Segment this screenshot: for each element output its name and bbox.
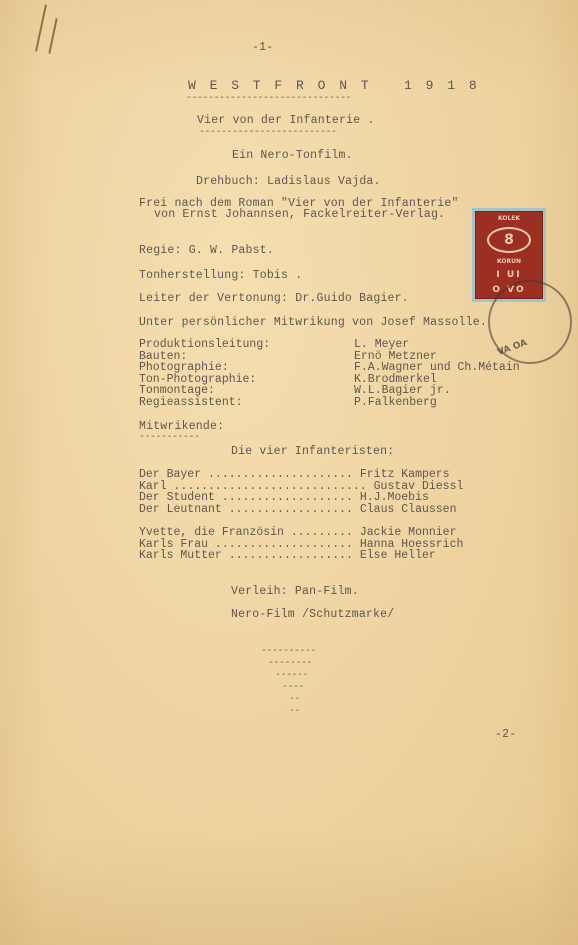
title-underline: ------------------------------ — [186, 93, 351, 105]
crew-name: P.Falkenberg — [354, 397, 520, 409]
cast-actor: Else Heller — [360, 549, 436, 562]
infantry-heading: Die vier Infanteristen: — [231, 446, 394, 458]
crew-name: W.L.Bagier jr. — [354, 385, 520, 397]
end-mark: ------ — [275, 670, 308, 682]
document-title: W E S T F R O N T 1 9 1 8 — [188, 80, 480, 92]
end-mark: -- — [289, 694, 300, 706]
collaboration-credit: Unter persönlicher Mitwrikung von Josef … — [139, 317, 487, 329]
cast-label-underline: ----------- — [139, 432, 200, 444]
sound-credit: Tonherstellung: Tobis . — [139, 270, 302, 282]
director-credit: Regie: G. W. Pabst. — [139, 245, 274, 257]
stamp-bottom-text: I UI — [496, 270, 521, 280]
page-number-top: -1- — [252, 42, 273, 54]
page-number-next: -2- — [495, 729, 516, 741]
stamp-value-oval: 8 — [487, 227, 531, 253]
cast-row: Karls Mutter .................. Else Hel… — [139, 550, 463, 562]
screenplay-line: Drehbuch: Ladislaus Vajda. — [196, 176, 381, 188]
cast-role: Der Leutnant — [139, 503, 222, 516]
stamp-mid-text: KORUN — [497, 258, 521, 265]
distribution-line: Verleih: Pan-Film. — [231, 586, 359, 598]
source-line-2: von Ernst Johannsen, Fackelreiter-Verlag… — [154, 209, 445, 221]
end-mark: -------- — [268, 658, 312, 670]
staple-mark — [48, 18, 57, 54]
crew-role: Tonmontage: — [139, 385, 270, 397]
end-mark: ---- — [282, 682, 304, 694]
cast-actor: Claus Claussen — [360, 503, 457, 516]
subtitle: Vier von der Infanterie . — [197, 115, 375, 127]
end-mark: ---------- — [261, 646, 316, 658]
cast-role: Karls Mutter — [139, 549, 222, 562]
subtitle-underline: ------------------------- — [199, 127, 337, 139]
stamp-value: 8 — [504, 232, 514, 248]
crew-role: Produktionsleitung: — [139, 339, 270, 351]
end-mark: -- — [289, 706, 300, 718]
production-line: Ein Nero-Tonfilm. — [232, 150, 353, 162]
cast-row: Der Leutnant .................. Claus Cl… — [139, 504, 463, 516]
crew-names: L. Meyer Ernö Metzner F.A.Wagner und Ch.… — [354, 339, 520, 408]
trademark-line: Nero-Film /Schutzmarke/ — [231, 609, 394, 621]
crew-role: Photographie: — [139, 362, 270, 374]
leader-dots: .................. — [222, 503, 353, 516]
staple-mark — [35, 4, 47, 51]
crew-roles: Produktionsleitung: Bauten: Photographie… — [139, 339, 270, 408]
sound-director-credit: Leiter der Vertonung: Dr.Guido Bagier. — [139, 293, 409, 305]
other-cast-list: Yvette, die Französin ......... Jackie M… — [139, 527, 463, 562]
stamp-top-text: KOLEK — [498, 215, 520, 222]
crew-role: Regieassistent: — [139, 397, 270, 409]
leader-dots: .................. — [222, 549, 353, 562]
crew-name: F.A.Wagner und Ch.Métain — [354, 362, 520, 374]
infantry-cast-list: Der Bayer ..................... Fritz Ka… — [139, 469, 463, 515]
